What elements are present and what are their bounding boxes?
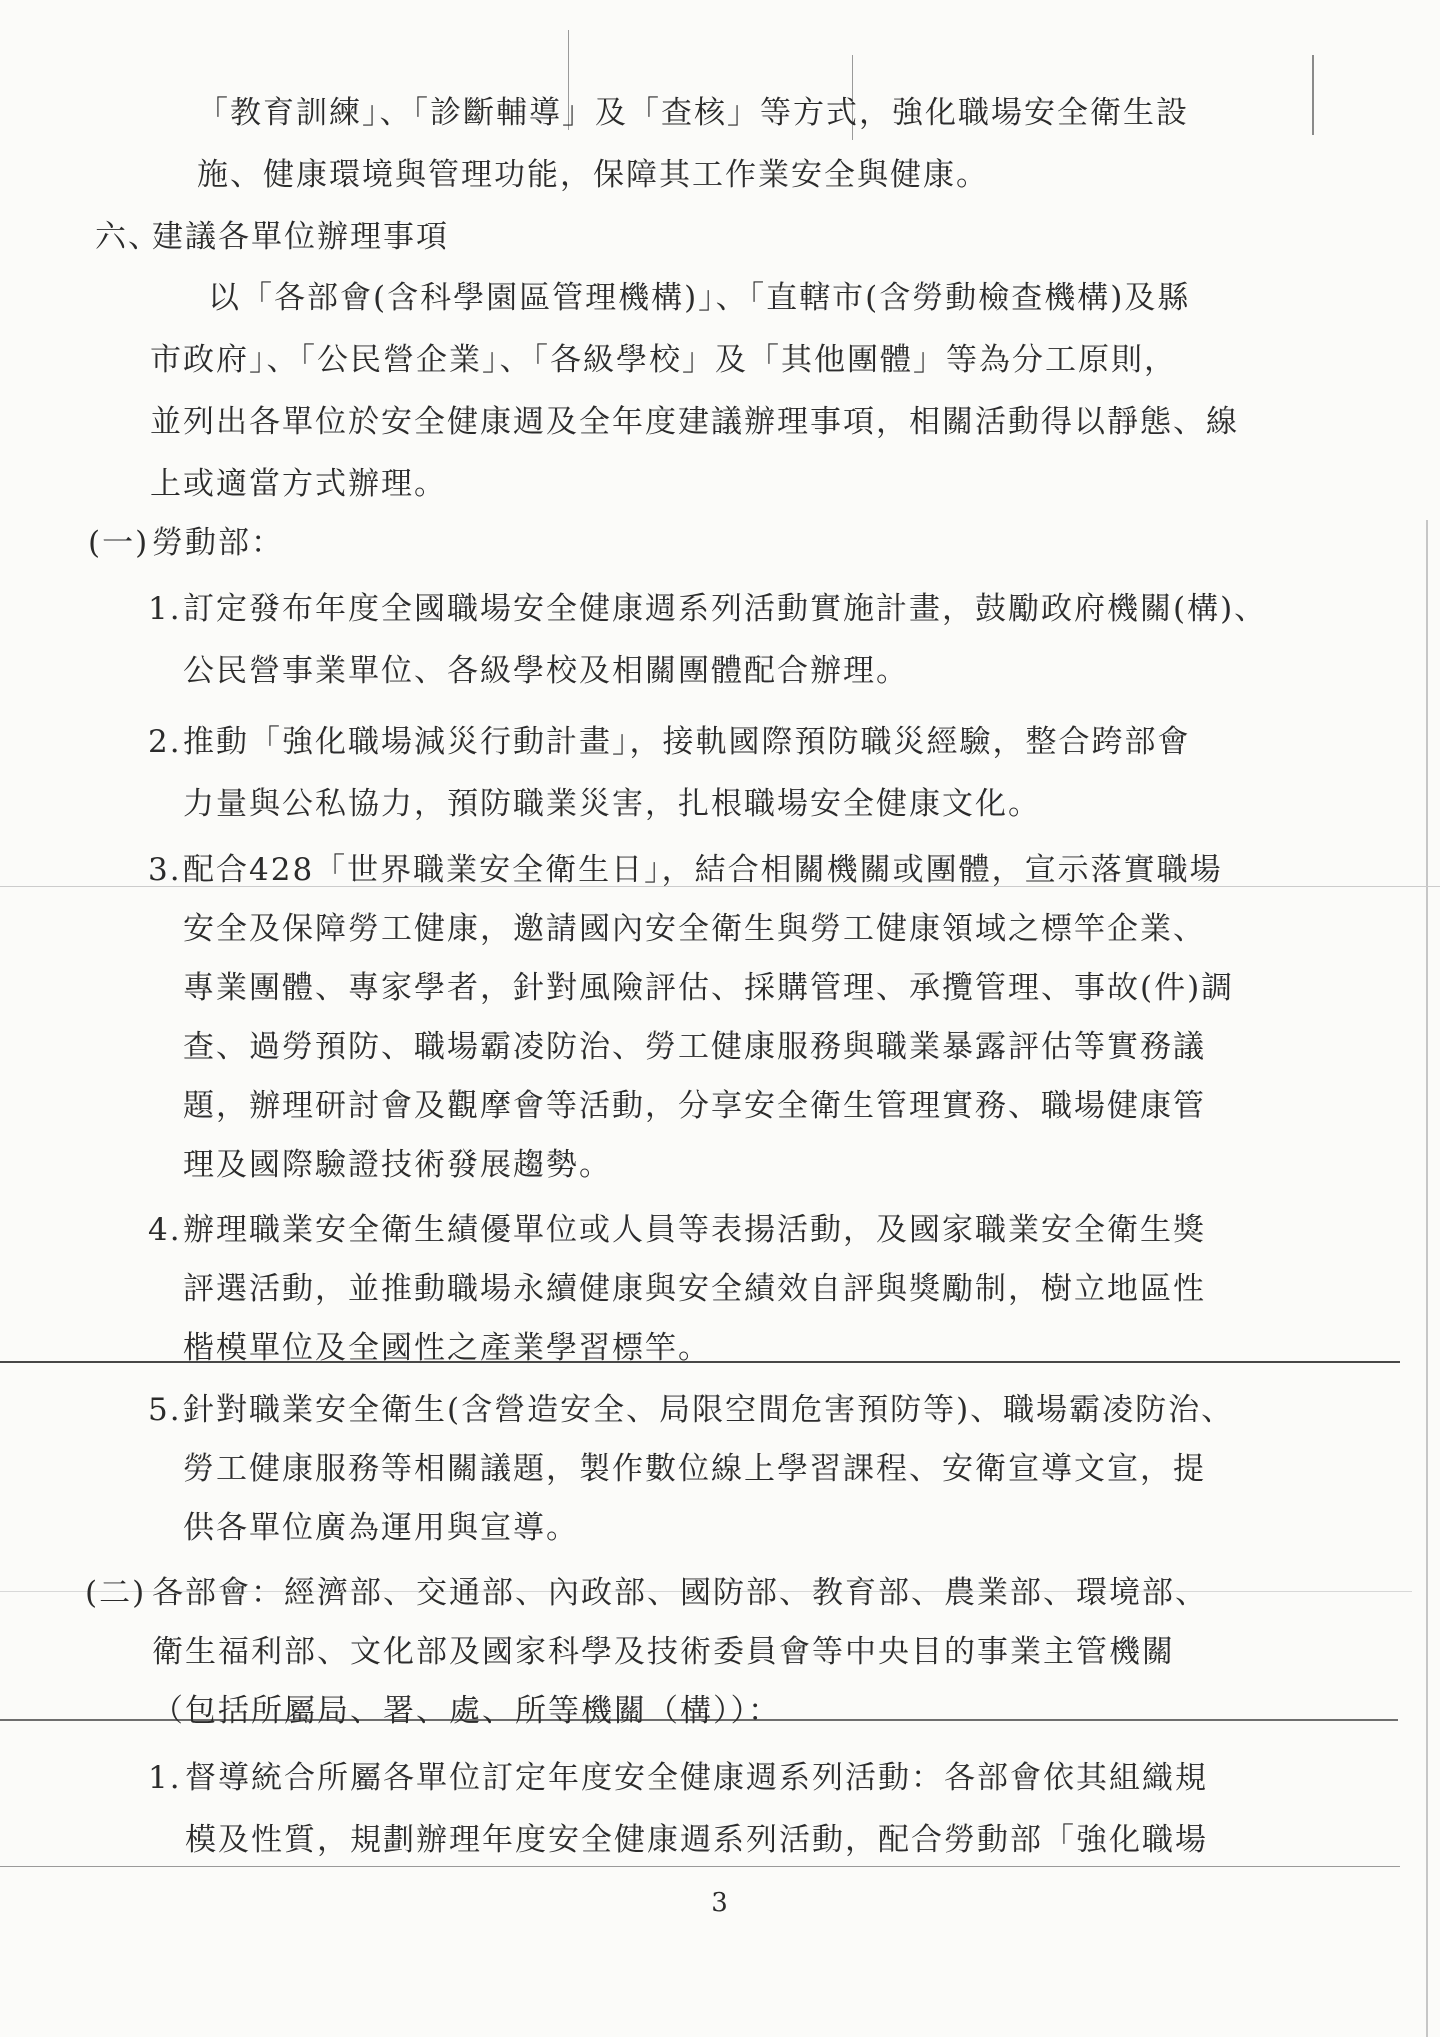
item-number: 1. bbox=[148, 578, 182, 640]
text-line: 各部會：經濟部、交通部、內政部、國防部、教育部、農業部、環境部、 bbox=[152, 1564, 1208, 1623]
subsection-2-heading: (二) 各部會：經濟部、交通部、內政部、國防部、教育部、農業部、環境部、 衛生福… bbox=[85, 1564, 1208, 1741]
text-line: 安全及保障勞工健康，邀請國內安全衛生與勞工健康領域之標竿企業、 bbox=[183, 900, 1234, 959]
document-page: 「教育訓練」、「診斷輔導」及「查核」等方式，強化職場安全衛生設 施、健康環境與管… bbox=[0, 0, 1440, 2037]
text-line: 專業團體、專家學者，針對風險評估、採購管理、承攬管理、事故(件)調 bbox=[183, 959, 1234, 1018]
text-line: 督導統合所屬各單位訂定年度安全健康週系列活動：各部會依其組織規 bbox=[185, 1747, 1208, 1809]
text-line: 衛生福利部、文化部及國家科學及技術委員會等中央目的事業主管機關 bbox=[152, 1623, 1208, 1682]
text-line: 市政府」、「公民營企業」、「各級學校」及「其他團體」等為分工原則， bbox=[150, 329, 1239, 391]
text-line: 施、健康環境與管理功能，保障其工作業安全與健康。 bbox=[197, 144, 1189, 206]
item-number: 5. bbox=[148, 1381, 182, 1440]
text-line: 供各單位廣為運用與宣導。 bbox=[183, 1499, 1234, 1558]
text-line: 勞工健康服務等相關議題，製作數位線上學習課程、安衛宣導文宣，提 bbox=[183, 1440, 1234, 1499]
text-line: 訂定發布年度全國職場安全健康週系列活動實施計畫，鼓勵政府機關(構)、 bbox=[183, 578, 1267, 640]
text-line: 並列出各單位於安全健康週及全年度建議辦理事項，相關活動得以靜態、線 bbox=[150, 391, 1239, 453]
text-line: 理及國際驗證技術發展趨勢。 bbox=[183, 1136, 1234, 1195]
numbered-item: 1. 訂定發布年度全國職場安全健康週系列活動實施計畫，鼓勵政府機關(構)、 公民… bbox=[148, 578, 1267, 702]
item-number: 3. bbox=[148, 841, 182, 900]
text-line: 評選活動，並推動職場永續健康與安全績效自評與獎勵制，樹立地區性 bbox=[183, 1260, 1206, 1319]
page-number: 3 bbox=[0, 1888, 1440, 1918]
list-marker: (二) bbox=[85, 1564, 146, 1623]
numbered-item: 4. 辦理職業安全衛生績優單位或人員等表揚活動，及國家職業安全衛生獎 評選活動，… bbox=[148, 1201, 1206, 1378]
text-line: 力量與公私協力，預防職業災害，扎根職場安全健康文化。 bbox=[183, 773, 1191, 835]
paragraph-continued: 「教育訓練」、「診斷輔導」及「查核」等方式，強化職場安全衛生設 施、健康環境與管… bbox=[197, 82, 1189, 206]
text-line: 題，辦理研討會及觀摩會等活動，分享安全衛生管理實務、職場健康管 bbox=[183, 1077, 1234, 1136]
section-title: 建議各單位辦理事項 bbox=[152, 206, 449, 268]
numbered-item: 5. 針對職業安全衛生(含營造安全、局限空間危害預防等)、職場霸凌防治、 勞工健… bbox=[148, 1381, 1234, 1558]
numbered-item: 2. 推動「強化職場減災行動計畫」，接軌國際預防職災經驗，整合跨部會 力量與公私… bbox=[148, 711, 1191, 835]
numbered-item: 3. 配合428「世界職業安全衛生日」，結合相關機關或團體，宣示落實職場 安全及… bbox=[148, 841, 1234, 1195]
text-line: 查、過勞預防、職場霸凌防治、勞工健康服務與職業暴露評估等實務議 bbox=[183, 1018, 1234, 1077]
paper-edge-vertical-line bbox=[1426, 520, 1428, 2037]
text-line: 配合428「世界職業安全衛生日」，結合相關機關或團體，宣示落實職場 bbox=[183, 841, 1234, 900]
text-line: 上或適當方式辦理。 bbox=[150, 453, 1239, 515]
text-line: 推動「強化職場減災行動計畫」，接軌國際預防職災經驗，整合跨部會 bbox=[183, 711, 1191, 773]
text-line: 模及性質，規劃辦理年度安全健康週系列活動，配合勞動部「強化職場 bbox=[185, 1809, 1208, 1871]
list-marker: (一) bbox=[88, 512, 149, 574]
text-line: 辦理職業安全衛生績優單位或人員等表揚活動，及國家職業安全衛生獎 bbox=[183, 1201, 1206, 1260]
section-6-paragraph: 以「各部會(含科學園區管理機構)」、「直轄市(含勞動檢查機構)及縣 市政府」、「… bbox=[150, 267, 1239, 515]
item-number: 2. bbox=[148, 711, 182, 773]
text-line: 公民營事業單位、各級學校及相關團體配合辦理。 bbox=[183, 640, 1267, 702]
numbered-item: 1. 督導統合所屬各單位訂定年度安全健康週系列活動：各部會依其組織規 模及性質，… bbox=[148, 1747, 1208, 1871]
subsection-title: 勞動部： bbox=[152, 512, 284, 574]
text-line: 以「各部會(含科學園區管理機構)」、「直轄市(含勞動檢查機構)及縣 bbox=[208, 267, 1239, 329]
text-line: 「教育訓練」、「診斷輔導」及「查核」等方式，強化職場安全衛生設 bbox=[197, 82, 1189, 144]
text-line: 楷模單位及全國性之產業學習標竿。 bbox=[183, 1319, 1206, 1378]
text-line: （包括所屬局、署、處、所等機關（構））： bbox=[152, 1682, 1208, 1741]
item-number: 1. bbox=[148, 1747, 182, 1809]
item-number: 4. bbox=[148, 1201, 182, 1260]
text-line: 針對職業安全衛生(含營造安全、局限空間危害預防等)、職場霸凌防治、 bbox=[183, 1381, 1234, 1440]
fold-mark-vertical-3 bbox=[1312, 55, 1314, 135]
